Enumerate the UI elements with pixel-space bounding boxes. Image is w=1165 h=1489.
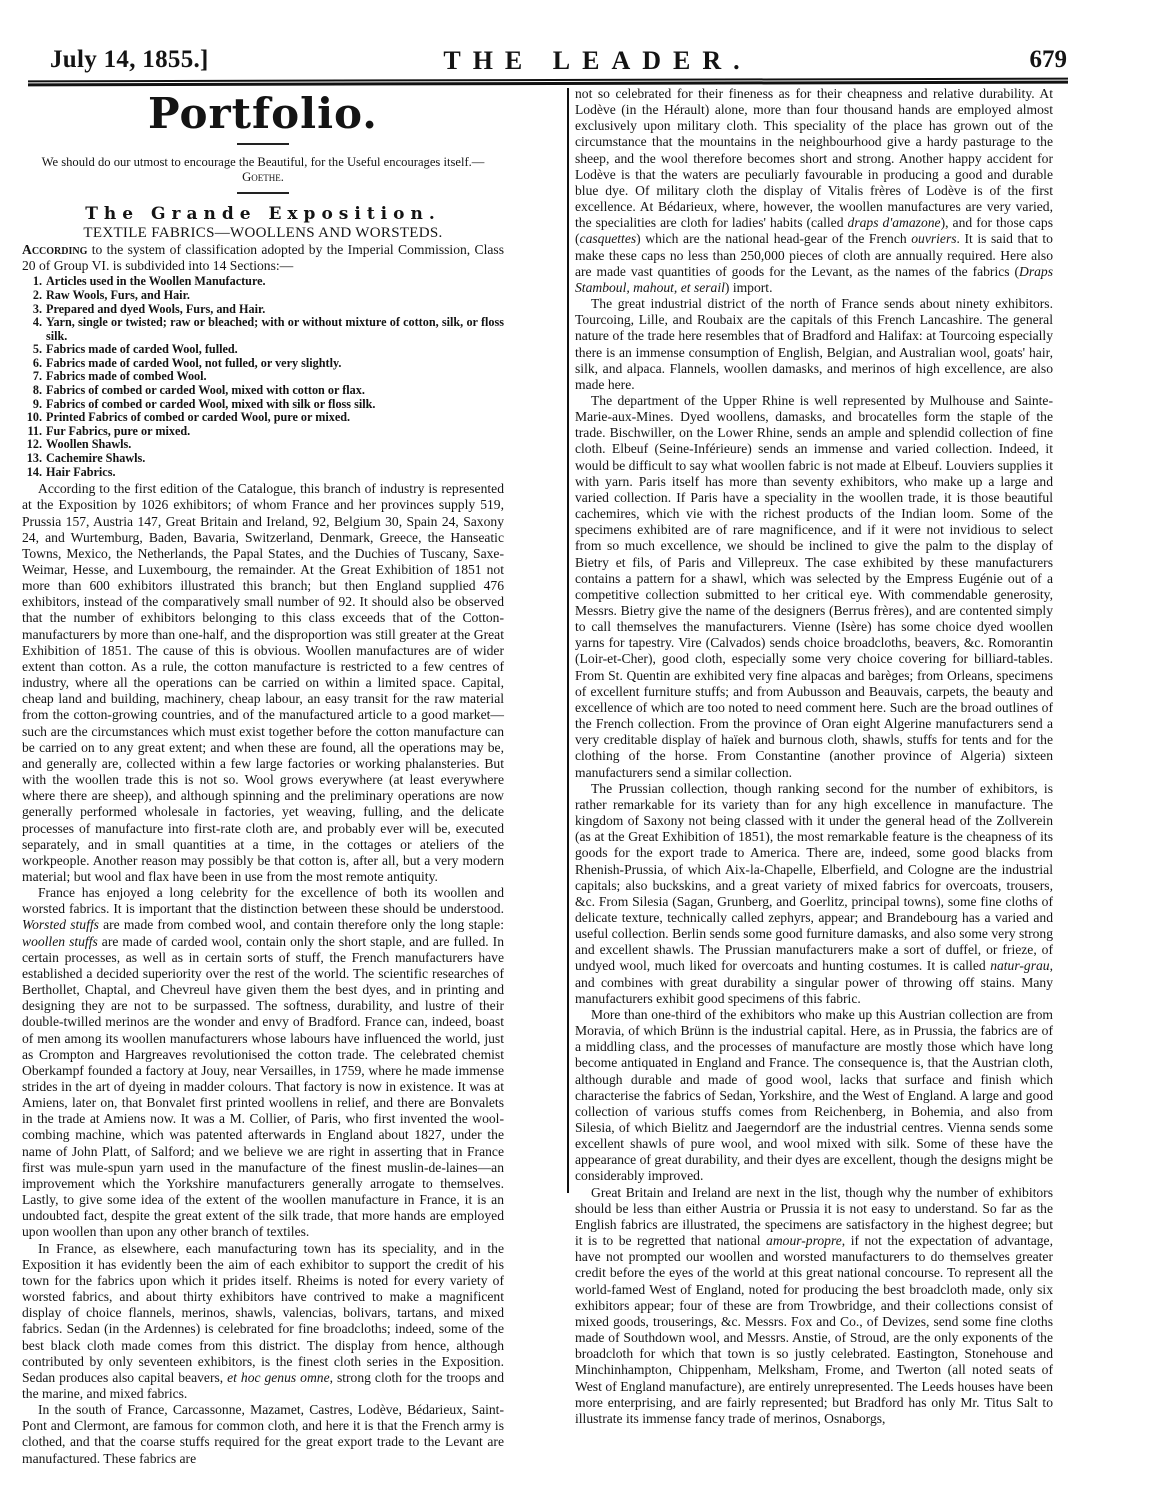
- section-label: Fabrics made of carded Wool, fulled.: [46, 342, 238, 356]
- section-item: 9.Fabrics of combed or carded Wool, mixe…: [22, 398, 504, 412]
- intro-paragraph: According to the system of classificatio…: [22, 242, 504, 274]
- right-column: not so celebrated for their fineness as …: [575, 86, 1053, 1427]
- section-number: 1.: [20, 275, 42, 289]
- section-number: 12.: [20, 438, 42, 452]
- section-number: 5.: [20, 343, 42, 357]
- body-paragraph: The Prussian collection, though ranking …: [575, 781, 1053, 1007]
- italic-term: et hoc genus omne: [227, 1370, 329, 1385]
- section-label: Articles used in the Woollen Manufacture…: [46, 274, 266, 288]
- section-item: 3.Prepared and dyed Wools, Furs, and Hai…: [22, 303, 504, 317]
- section-label: Fabrics of combed or carded Wool, mixed …: [46, 397, 375, 411]
- italic-term: amour-propre: [766, 1233, 842, 1248]
- section-label: Fabrics made of combed Wool.: [46, 369, 207, 383]
- body-paragraph: France has enjoyed a long celebrity for …: [22, 885, 504, 1240]
- italic-term: ouvriers: [911, 231, 956, 246]
- body-paragraph: The great industrial district of the nor…: [575, 296, 1053, 393]
- section-item: 13.Cachemire Shawls.: [22, 452, 504, 466]
- section-number: 13.: [20, 452, 42, 466]
- section-label: Fabrics of combed or carded Wool, mixed …: [46, 383, 365, 397]
- masthead: July 14, 1855.] THE LEADER. 679: [50, 46, 1145, 82]
- section-item: 7.Fabrics made of combed Wool.: [22, 370, 504, 384]
- portfolio-heading: Portfolio.: [22, 92, 504, 136]
- body-paragraph: More than one-third of the exhibitors wh…: [575, 1007, 1053, 1185]
- left-column: Portfolio. We should do our utmost to en…: [22, 88, 504, 1467]
- italic-term: natur-grau: [990, 958, 1049, 973]
- motto-quote: We should do our utmost to encourage the…: [22, 155, 504, 185]
- section-item: 8.Fabrics of combed or carded Wool, mixe…: [22, 384, 504, 398]
- body-paragraph: In France, as elsewhere, each manufactur…: [22, 1241, 504, 1403]
- section-item: 5.Fabrics made of carded Wool, fulled.: [22, 343, 504, 357]
- article-subtitle: TEXTILE FABRICS—WOOLLENS AND WORSTEDS.: [22, 224, 504, 242]
- section-number: 2.: [20, 289, 42, 303]
- section-item: 12.Woollen Shawls.: [22, 438, 504, 452]
- section-number: 11.: [20, 425, 42, 439]
- intro-text: to the system of classification adopted …: [22, 242, 504, 273]
- ornamental-rule: [237, 192, 289, 194]
- section-number: 9.: [20, 398, 42, 412]
- section-label: Fabrics made of carded Wool, not fulled,…: [46, 356, 341, 370]
- section-number: 4.: [20, 316, 42, 330]
- section-number: 8.: [20, 384, 42, 398]
- body-paragraph: Great Britain and Ireland are next in th…: [575, 1185, 1053, 1427]
- section-label: Printed Fabrics of combed or carded Wool…: [46, 410, 350, 424]
- italic-term: Draps Stamboul, mahout, et serail: [575, 264, 1053, 295]
- section-number: 6.: [20, 357, 42, 371]
- intro-lead: According: [22, 242, 87, 257]
- body-paragraph: The department of the Upper Rhine is wel…: [575, 393, 1053, 781]
- newspaper-page: July 14, 1855.] THE LEADER. 679 Portfoli…: [0, 0, 1165, 1489]
- italic-term: woollen stuffs: [22, 934, 98, 949]
- italic-term: Worsted stuffs: [22, 917, 99, 932]
- right-body: not so celebrated for their fineness as …: [575, 86, 1053, 1427]
- section-label: Prepared and dyed Wools, Furs, and Hair.: [46, 302, 265, 316]
- column-divider: [567, 88, 569, 1193]
- italic-term: casquettes: [580, 231, 637, 246]
- italic-term: draps d'amazone: [848, 215, 941, 230]
- section-label: Fur Fabrics, pure or mixed.: [46, 424, 190, 438]
- section-label: Woollen Shawls.: [46, 437, 131, 451]
- motto-author: Goethe.: [242, 170, 284, 184]
- left-body: According to the first edition of the Ca…: [22, 481, 504, 1467]
- page-number: 679: [1030, 46, 1068, 74]
- body-paragraph: not so celebrated for their fineness as …: [575, 86, 1053, 296]
- ornamental-rule: [237, 143, 289, 145]
- section-item: 4.Yarn, single or twisted; raw or bleach…: [22, 316, 504, 343]
- section-item: 2.Raw Wools, Furs, and Hair.: [22, 289, 504, 303]
- section-label: Yarn, single or twisted; raw or bleached…: [46, 315, 504, 343]
- body-paragraph: According to the first edition of the Ca…: [22, 481, 504, 885]
- body-paragraph: In the south of France, Carcassonne, Maz…: [22, 1402, 504, 1467]
- section-label: Cachemire Shawls.: [46, 451, 145, 465]
- section-label: Hair Fabrics.: [46, 465, 116, 479]
- section-number: 10.: [20, 411, 42, 425]
- section-label: Raw Wools, Furs, and Hair.: [46, 288, 190, 302]
- section-item: 14.Hair Fabrics.: [22, 466, 504, 480]
- section-item: 10.Printed Fabrics of combed or carded W…: [22, 411, 504, 425]
- newspaper-title: THE LEADER.: [50, 46, 1145, 76]
- section-title: The Grande Exposition.: [22, 204, 504, 224]
- section-item: 1.Articles used in the Woollen Manufactu…: [22, 275, 504, 289]
- motto-text: We should do our utmost to encourage the…: [42, 155, 485, 169]
- section-item: 11.Fur Fabrics, pure or mixed.: [22, 425, 504, 439]
- section-item: 6.Fabrics made of carded Wool, not fulle…: [22, 357, 504, 371]
- sections-list: 1.Articles used in the Woollen Manufactu…: [22, 275, 504, 479]
- section-number: 14.: [20, 466, 42, 480]
- section-number: 7.: [20, 370, 42, 384]
- section-number: 3.: [20, 303, 42, 317]
